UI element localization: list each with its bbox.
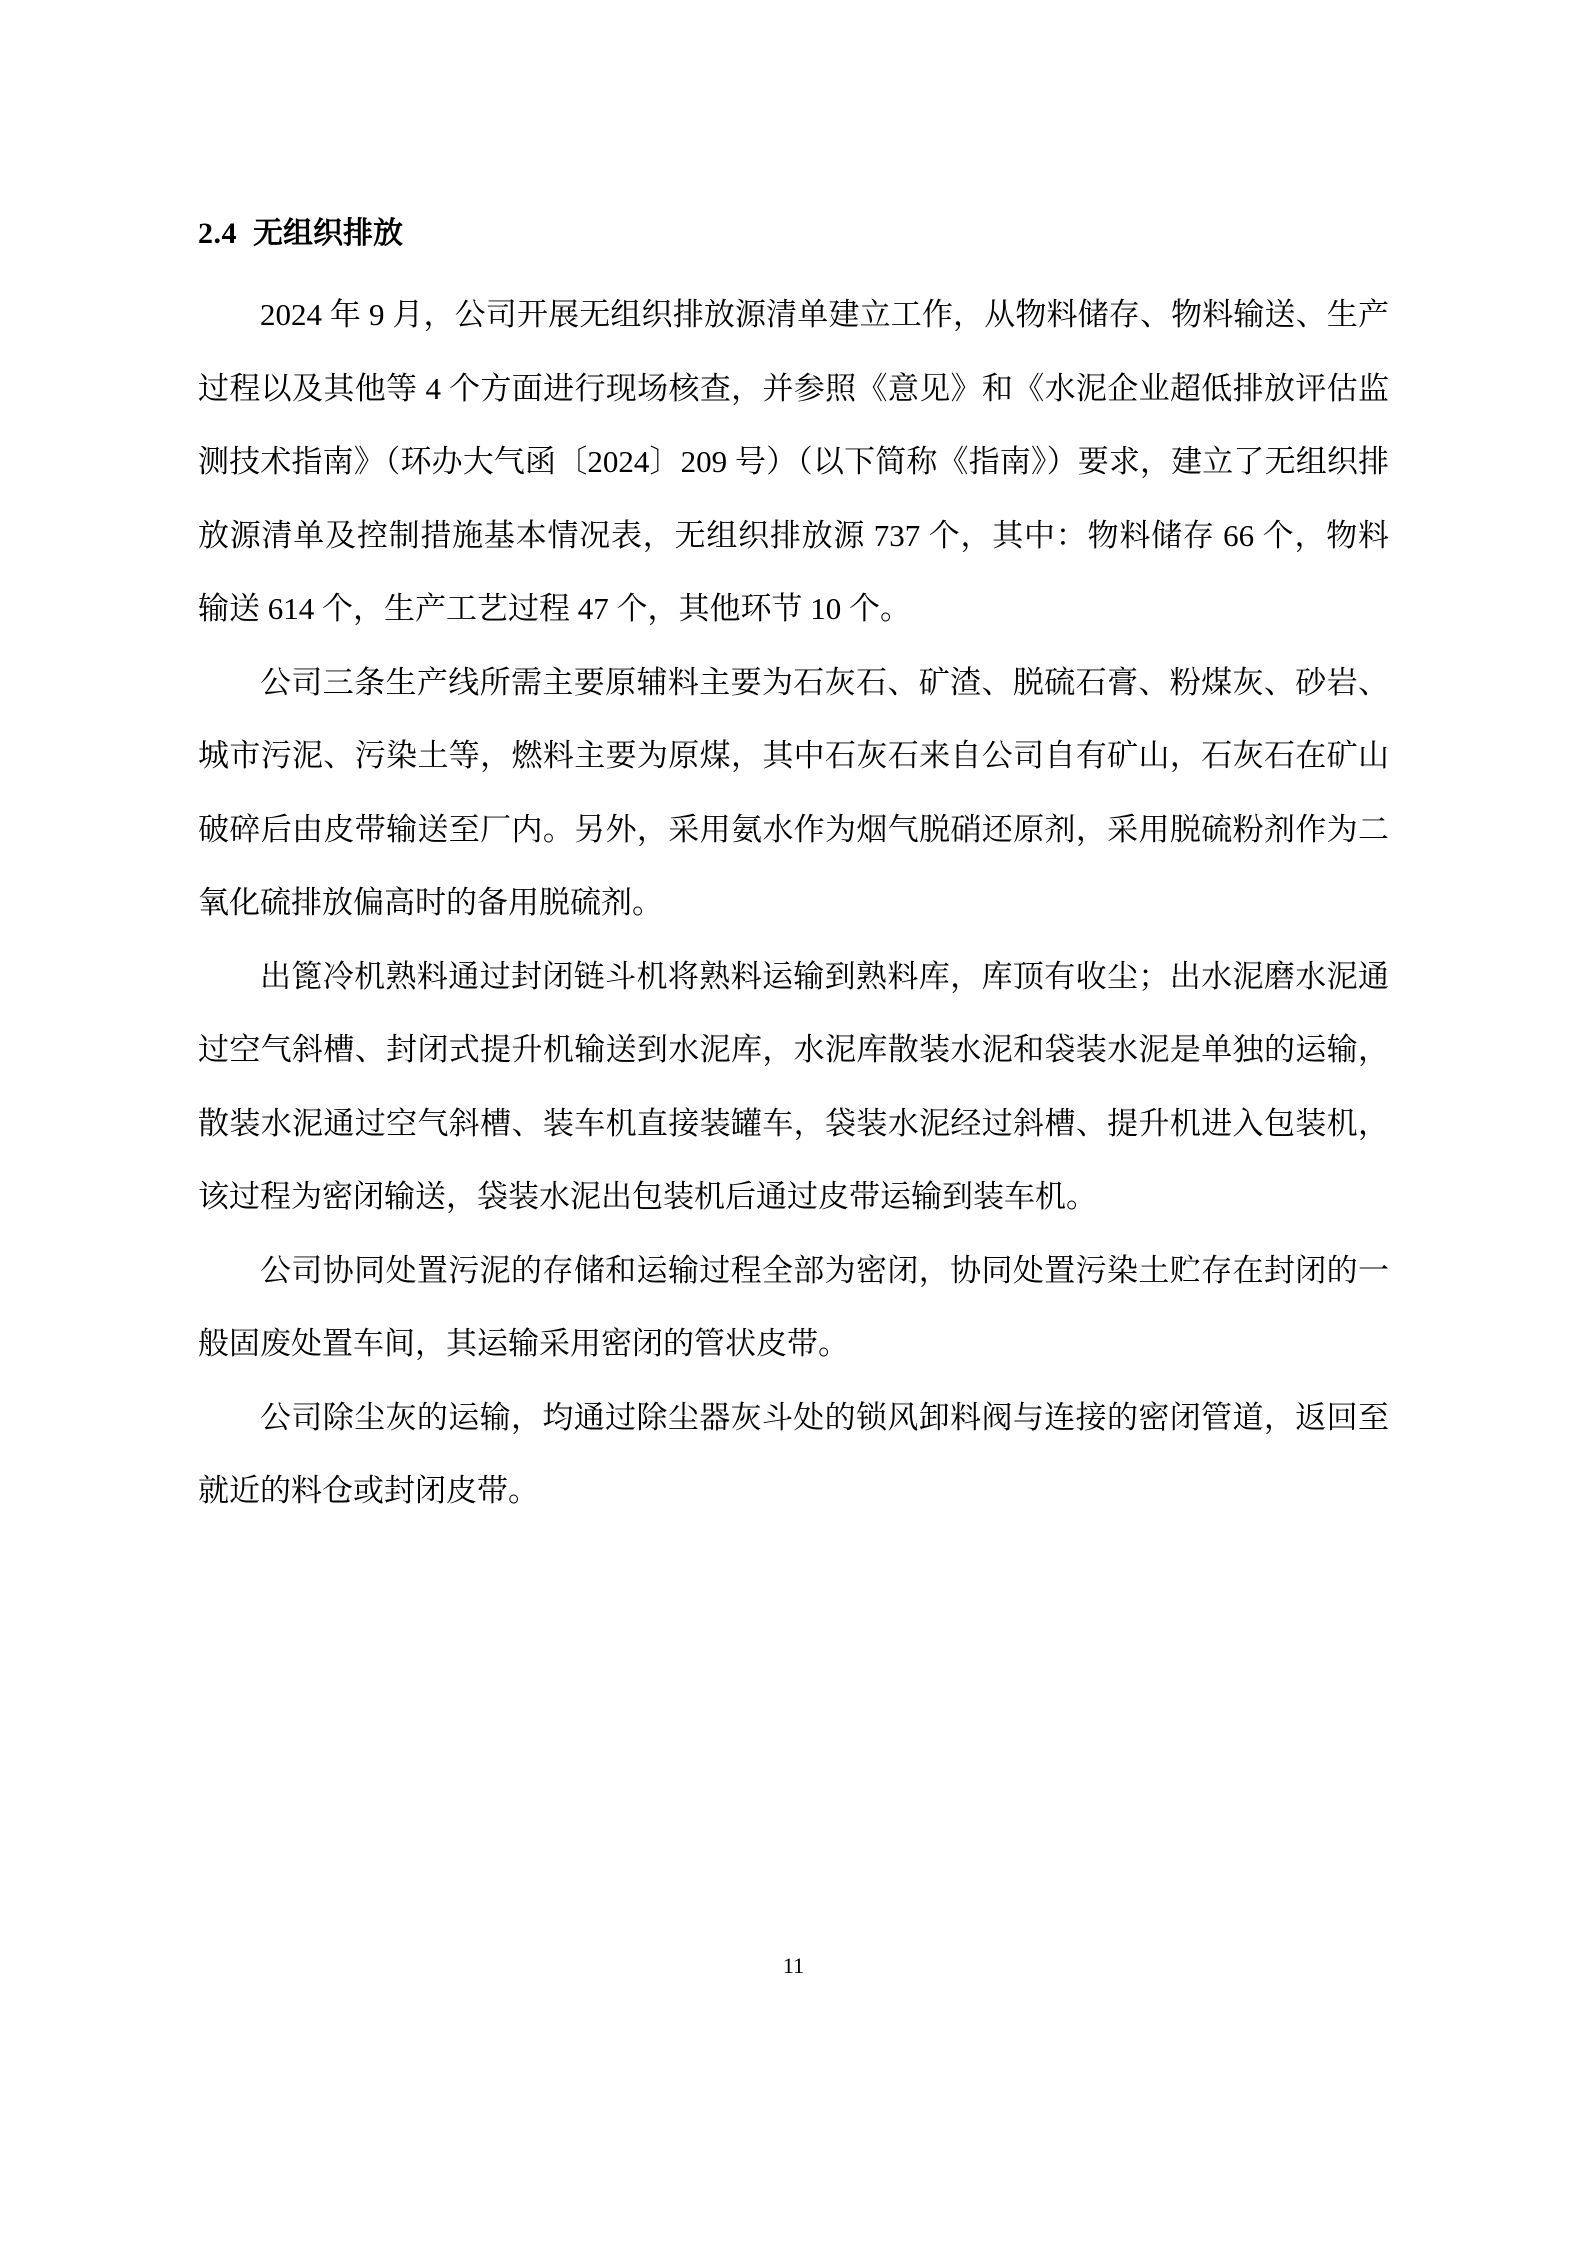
- page-number: 11: [0, 1952, 1587, 1980]
- paragraph-dust-transport: 公司除尘灰的运输，均通过除尘器灰斗处的锁风卸料阀与连接的密闭管道，返回至就近的料…: [198, 1381, 1389, 1528]
- paragraph-clinker-cement-transport: 出篦冷机熟料通过封闭链斗机将熟料运输到熟料库，库顶有收尘；出水泥磨水泥通过空气斜…: [198, 940, 1389, 1234]
- section-title: 无组织排放: [253, 217, 403, 250]
- paragraph-fugitive-inventory: 2024 年 9 月，公司开展无组织排放源清单建立工作，从物料储存、物料输送、生…: [198, 278, 1389, 646]
- document-body: 2024 年 9 月，公司开展无组织排放源清单建立工作，从物料储存、物料输送、生…: [198, 278, 1389, 1528]
- document-page: 2.4无组织排放 2024 年 9 月，公司开展无组织排放源清单建立工作，从物料…: [0, 0, 1587, 2245]
- section-heading: 2.4无组织排放: [198, 216, 403, 252]
- paragraph-sludge-disposal: 公司协同处置污泥的存储和运输过程全部为密闭，协同处置污染土贮存在封闭的一般固废处…: [198, 1234, 1389, 1381]
- section-number: 2.4: [198, 217, 237, 250]
- paragraph-raw-materials: 公司三条生产线所需主要原辅料主要为石灰石、矿渣、脱硫石膏、粉煤灰、砂岩、城市污泥…: [198, 646, 1389, 940]
